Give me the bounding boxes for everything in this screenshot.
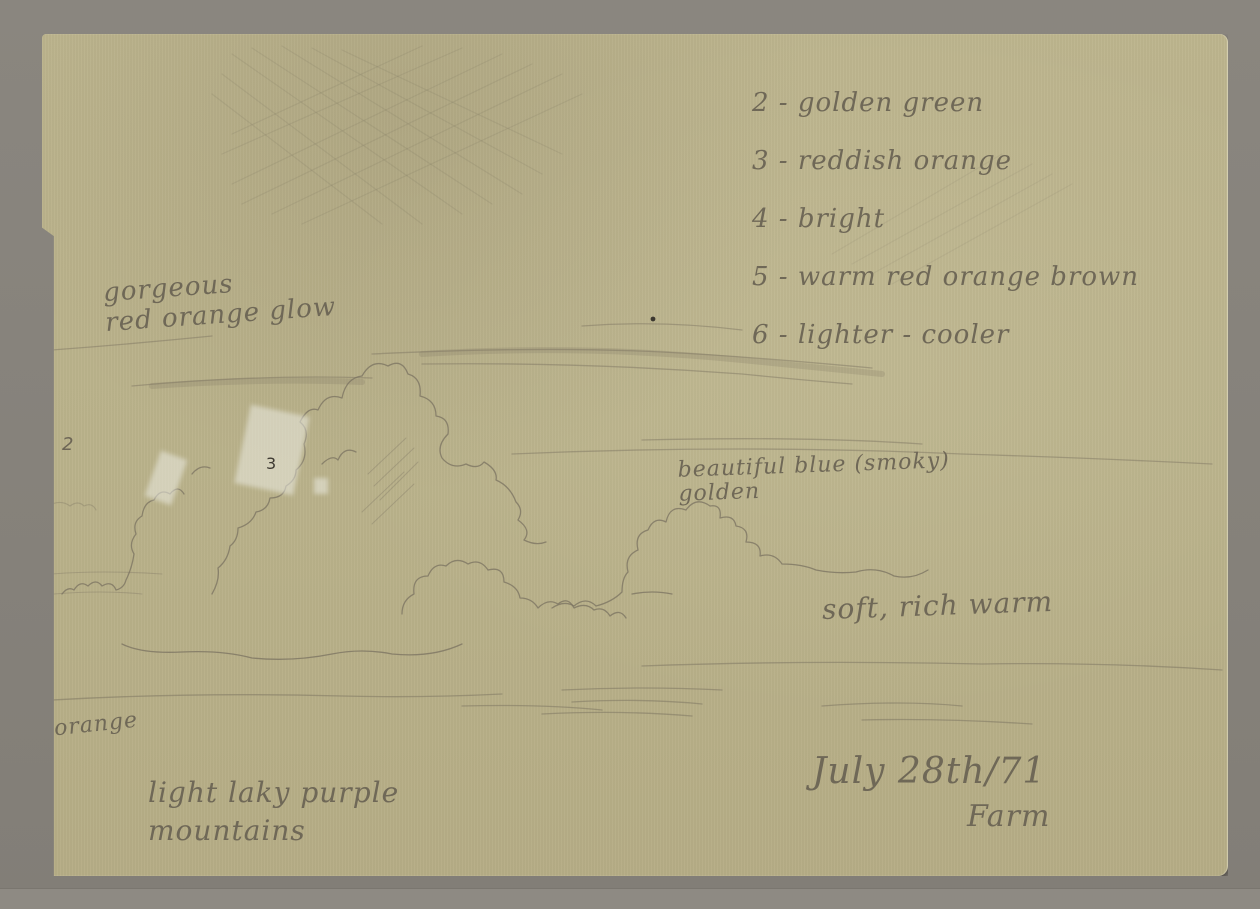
lower-cloud-note: soft, rich warm	[822, 588, 1054, 624]
color-marker-3: 3	[266, 454, 276, 473]
mountains-note: light laky purple mountains	[148, 774, 399, 850]
color-marker-2: 2	[62, 434, 73, 455]
color-legend-note: 2 - golden green 3 - reddish orange 4 - …	[752, 60, 1139, 379]
legend-line: 5 - warm red orange brown	[752, 263, 1139, 292]
legend-line: 2 - golden green	[752, 89, 1139, 118]
mounting-board-lower-edge	[0, 888, 1260, 909]
place-inscription: Farm	[967, 802, 1050, 832]
cloud-hatching	[362, 438, 418, 524]
sketch-paper: 2 - golden green 3 - reddish orange 4 - …	[42, 34, 1228, 876]
pencil-dot	[651, 317, 656, 322]
white-chalk-highlight	[314, 478, 328, 494]
horizon-strokes	[52, 662, 1222, 724]
legend-line: 3 - reddish orange	[752, 147, 1139, 176]
left-edge-sketch	[52, 502, 162, 594]
cumulus-outlines	[62, 363, 928, 659]
date-inscription: July 28th/71	[812, 752, 1046, 792]
cloud-color-note: beautiful blue (smoky) golden	[677, 449, 951, 506]
legend-line: 6 - lighter - cooler	[752, 321, 1139, 350]
legend-line: 4 - bright	[752, 205, 1139, 234]
